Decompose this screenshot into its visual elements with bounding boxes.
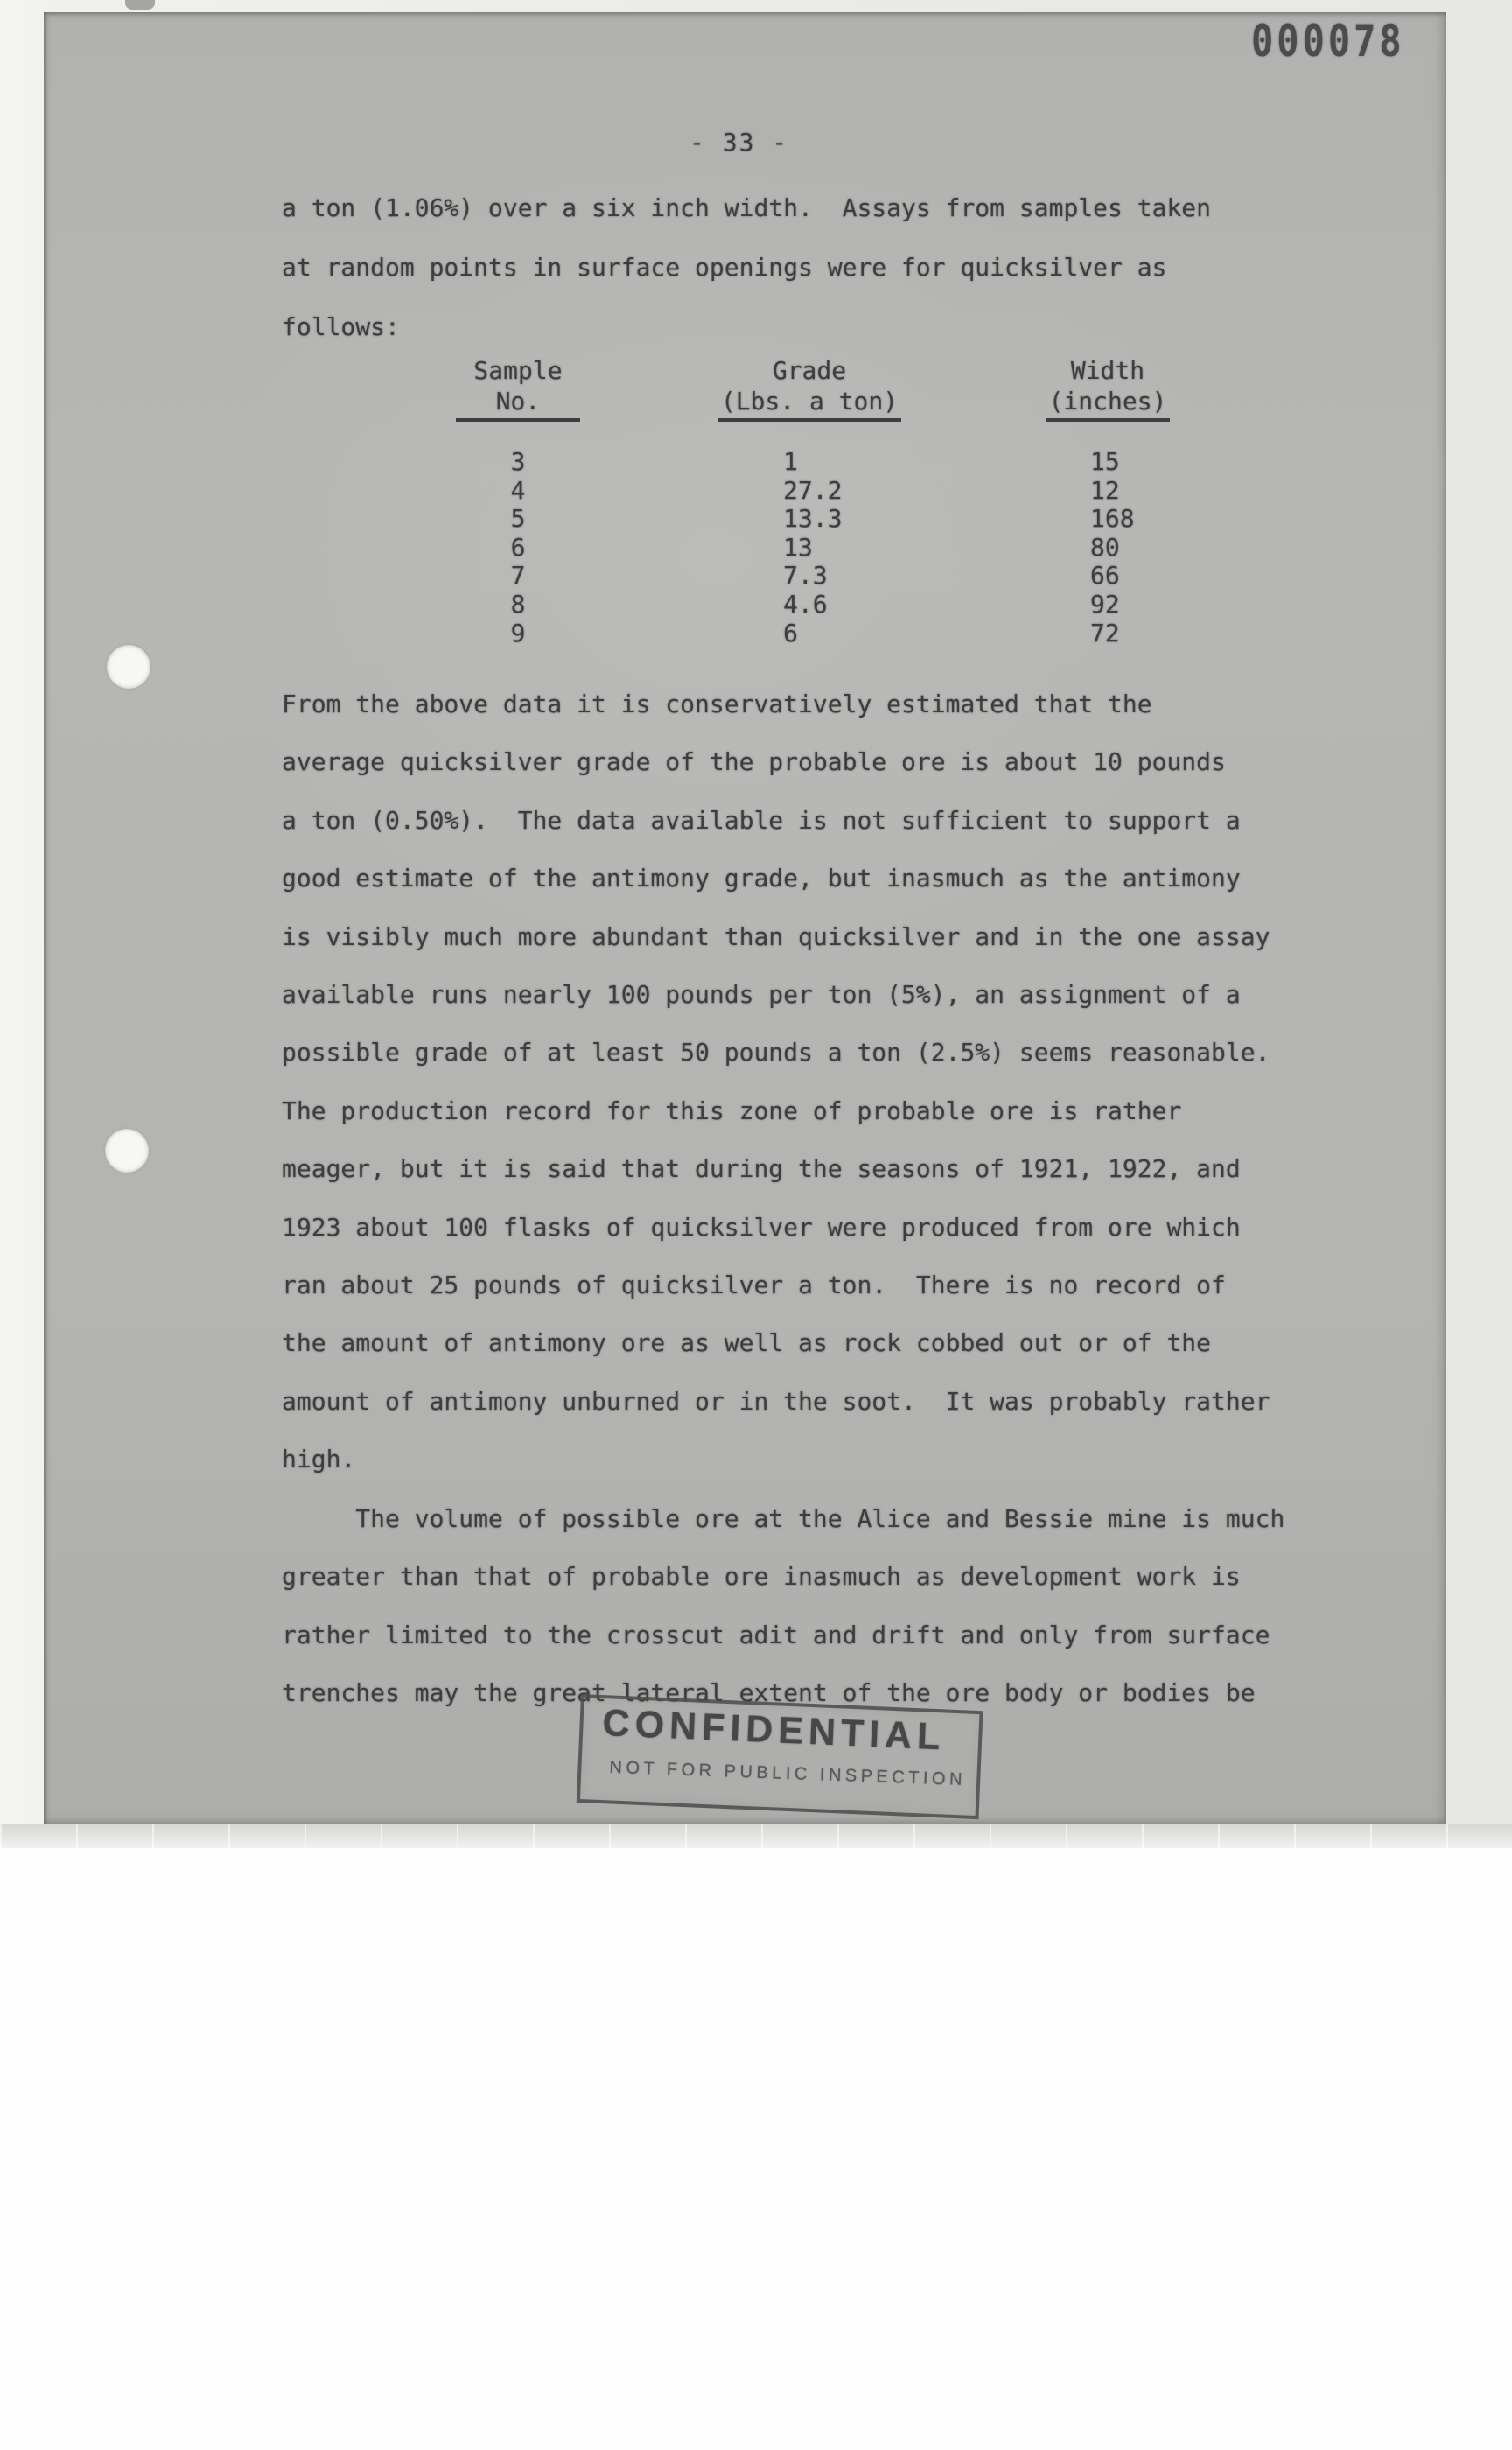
text-line: The volume of possible ore at the Alice …: [282, 1490, 1284, 1548]
confidential-stamp: CONFIDENTIAL NOT FOR PUBLIC INSPECTION: [577, 1694, 983, 1819]
page-number: - 33 -: [689, 128, 788, 157]
table-column-width: 151216880669272: [1090, 448, 1135, 647]
text-line: high.: [282, 1431, 1270, 1488]
table-cell-width: 80: [1090, 534, 1135, 563]
text-line: the amount of antimony ore as well as ro…: [282, 1314, 1270, 1372]
table-cell-sample: 4: [430, 477, 605, 506]
text-line: is visibly much more abundant than quick…: [282, 908, 1270, 966]
punch-hole-bottom: [105, 1129, 149, 1172]
paragraph-intro: a ton (1.06%) over a six inch width. Ass…: [282, 178, 1211, 357]
text-line: rather limited to the crosscut adit and …: [282, 1606, 1284, 1664]
text-line: meager, but it is said that during the s…: [282, 1140, 1270, 1198]
table-cell-width: 66: [1090, 562, 1135, 591]
text-line: greater than that of probable ore inasmu…: [282, 1548, 1284, 1606]
table-cell-width: 15: [1090, 448, 1135, 477]
table-header-subtitle: (Lbs. a ton): [717, 386, 901, 422]
text-line: available runs nearly 100 pounds per ton…: [282, 966, 1270, 1024]
paragraph-possible-ore: The volume of possible ore at the Alice …: [282, 1490, 1284, 1723]
table-cell-width: 72: [1090, 619, 1135, 648]
table-cell-sample: 8: [430, 591, 605, 619]
text-line: average quicksilver grade of the probabl…: [282, 733, 1270, 791]
table-cell-grade: 27.2: [783, 477, 842, 506]
table-cell-width: 168: [1090, 505, 1135, 534]
table-cell-grade: 4.6: [783, 591, 842, 619]
text-line: follows:: [282, 297, 1211, 357]
table-header-sample: Sample No.: [430, 355, 605, 422]
text-line: ran about 25 pounds of quicksilver a ton…: [282, 1256, 1270, 1314]
not-for-public-inspection-text: NOT FOR PUBLIC INSPECTION: [609, 1758, 966, 1790]
scan-edge-band: [0, 1823, 1512, 1848]
folio-stamp-number: 000078: [1251, 16, 1405, 66]
confidential-stamp-text: CONFIDENTIAL: [602, 1702, 947, 1759]
text-line: a ton (1.06%) over a six inch width. Ass…: [282, 178, 1211, 238]
table-header-grade: Grade (Lbs. a ton): [704, 355, 914, 422]
table-cell-width: 92: [1090, 591, 1135, 619]
table-cell-grade: 13: [783, 534, 842, 563]
table-cell-sample: 5: [430, 505, 605, 534]
table-cell-grade: 13.3: [783, 505, 842, 534]
text-line: amount of antimony unburned or in the so…: [282, 1373, 1270, 1431]
table-header-width: Width (inches): [1003, 355, 1213, 422]
text-line: possible grade of at least 50 pounds a t…: [282, 1024, 1270, 1081]
table-header-subtitle: (inches): [1046, 386, 1171, 422]
table-cell-sample: 3: [430, 448, 605, 477]
table-cell-sample: 9: [430, 619, 605, 648]
table-cell-sample: 7: [430, 562, 605, 591]
table-header-title: Grade: [704, 355, 914, 386]
table-cell-sample: 6: [430, 534, 605, 563]
scan-smudge-mark: [125, 0, 155, 10]
table-header-subtitle: No.: [456, 386, 581, 422]
punch-hole-top: [107, 645, 150, 689]
table-cell-grade: 1: [783, 448, 842, 477]
table-cell-grade: 6: [783, 619, 842, 648]
text-line: at random points in surface openings wer…: [282, 238, 1211, 297]
table-column-sample-no: 3456789: [430, 448, 605, 647]
text-line: a ton (0.50%). The data available is not…: [282, 792, 1270, 850]
text-line: 1923 about 100 flasks of quicksilver wer…: [282, 1199, 1270, 1256]
table-header-title: Width: [1003, 355, 1213, 386]
text-line: The production record for this zone of p…: [282, 1082, 1270, 1140]
paragraph-estimates: From the above data it is conservatively…: [282, 675, 1270, 1489]
text-line: From the above data it is conservatively…: [282, 675, 1270, 733]
table-cell-grade: 7.3: [783, 562, 842, 591]
table-header-title: Sample: [430, 355, 605, 386]
table-column-grade: 127.213.313 7.3 4.6 6: [783, 448, 842, 647]
table-cell-width: 12: [1090, 477, 1135, 506]
text-line: good estimate of the antimony grade, but…: [282, 850, 1270, 907]
